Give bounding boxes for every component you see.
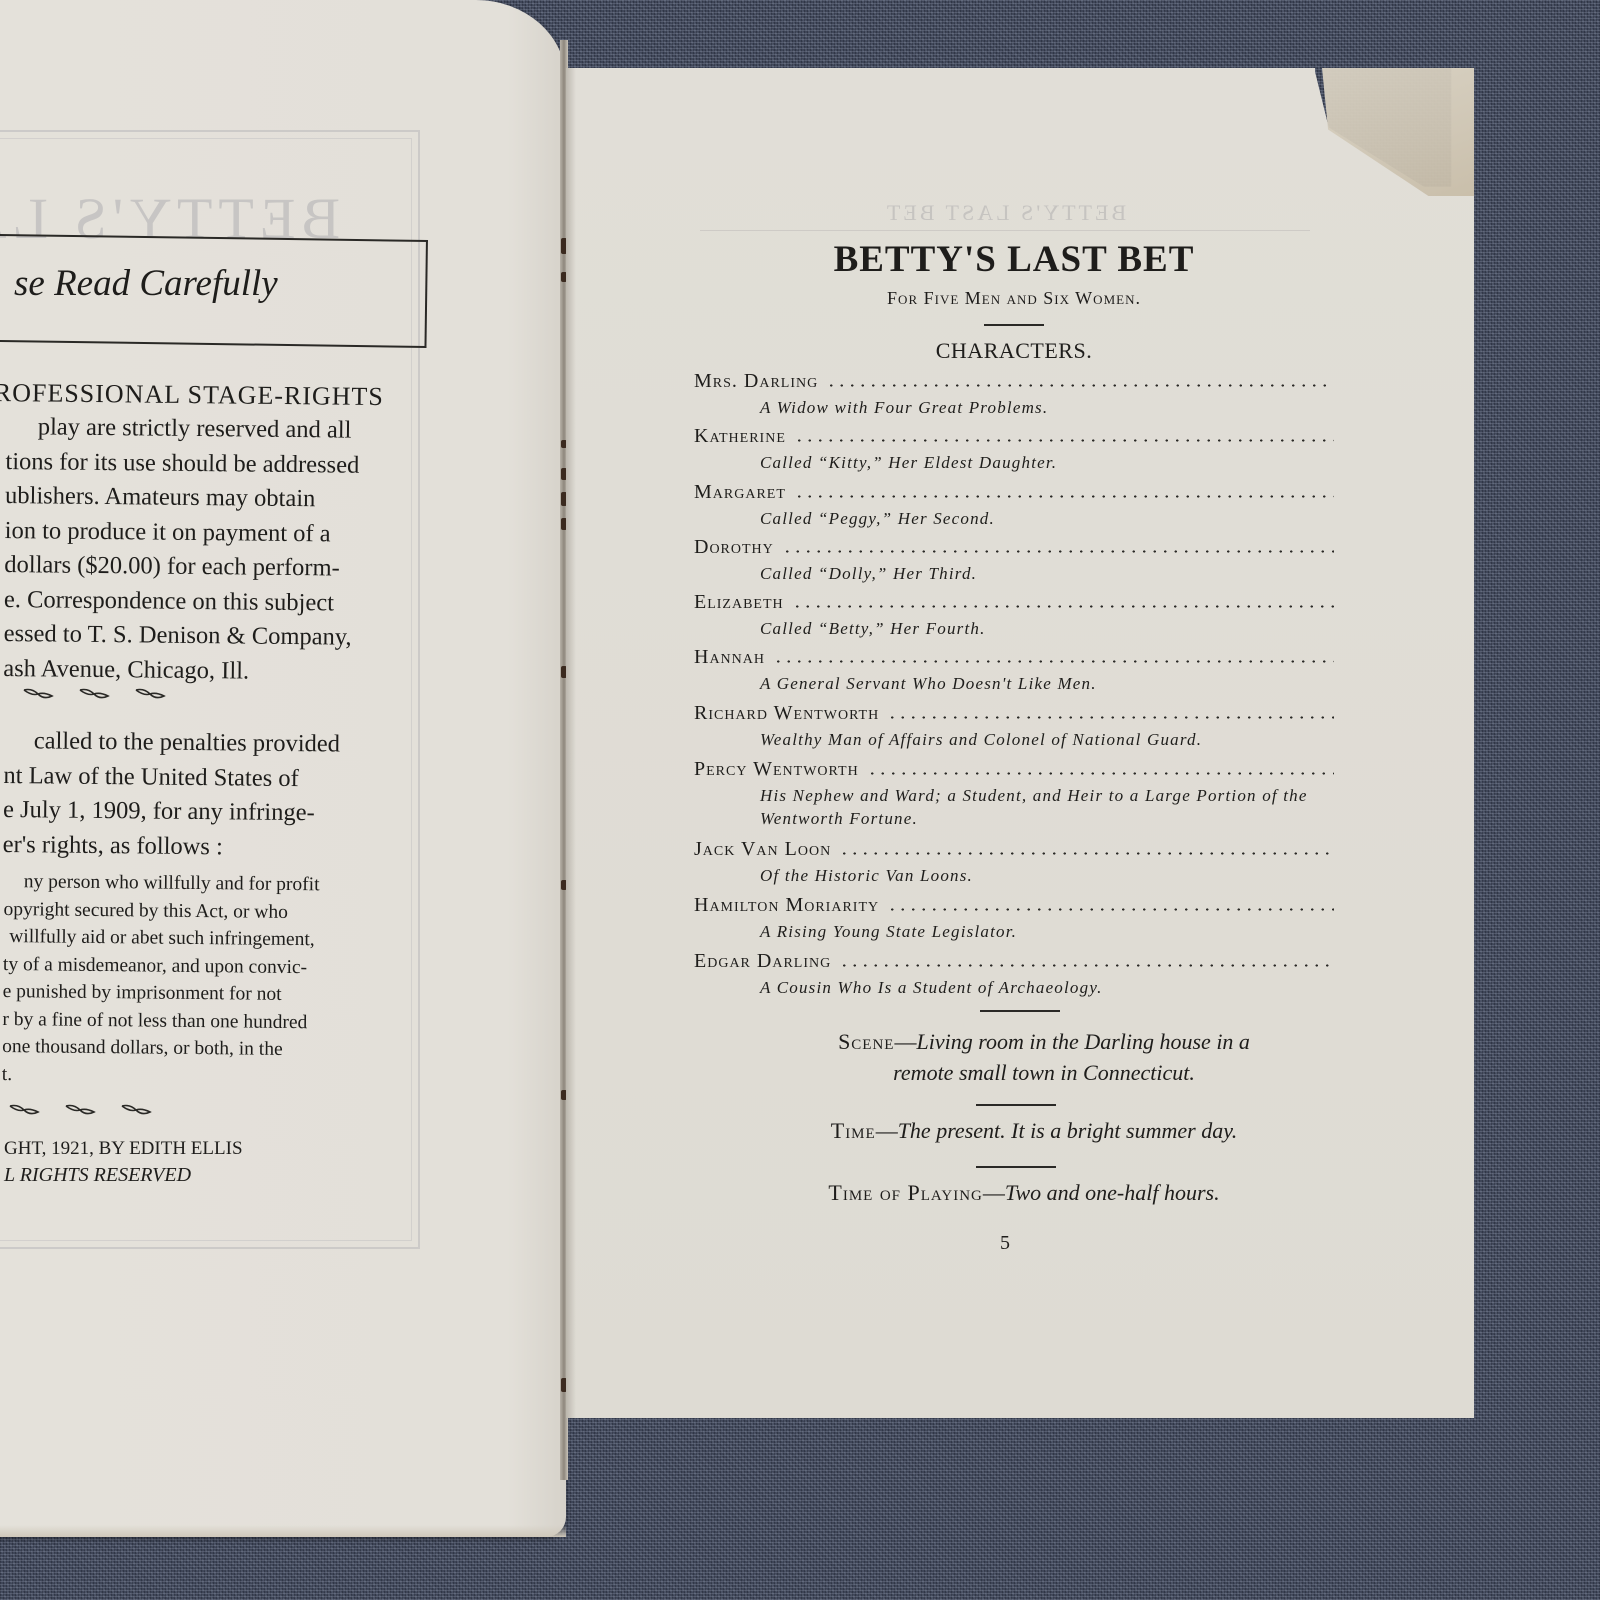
leaf-swash-ornament-icon	[134, 676, 164, 690]
character-name: Richard Wentworth	[694, 702, 879, 725]
character-name: Hamilton Moriarity	[694, 894, 879, 917]
character-description: Called “Dolly,” Her Third.	[694, 562, 1334, 585]
text-line: e. Correspondence on this subject	[4, 582, 414, 621]
dot-leader	[839, 964, 1334, 967]
character-description: A Rising Young State Legislator.	[694, 920, 1334, 943]
dot-leader	[792, 605, 1334, 608]
text-line: ublishers. Amateurs may obtain	[5, 479, 415, 518]
playing-time-label: Time of Playing	[828, 1180, 982, 1205]
character-entry: Percy Wentworth His Nephew and Ward; a S…	[694, 758, 1334, 830]
character-name: Margaret	[694, 481, 786, 504]
text-line: t.	[2, 1060, 398, 1092]
page-number: 5	[1000, 1232, 1010, 1255]
rights-reserved-notice: L RIGHTS RESERVED	[4, 1164, 191, 1187]
leaf-swash-ornament-icon	[64, 1092, 94, 1106]
character-name: Dorothy	[694, 536, 774, 559]
character-entry: Richard Wentworth Wealthy Man of Affairs…	[694, 702, 1334, 751]
gutter-shadow	[566, 68, 576, 1418]
text-line: ion to produce it on payment of a	[5, 513, 415, 552]
character-name: Percy Wentworth	[694, 758, 859, 781]
copyright-notice: GHT, 1921, BY EDITH ELLIS	[4, 1138, 243, 1160]
text-line: called to the penalties provided	[4, 724, 408, 763]
character-entry: Elizabeth Called “Betty,” Her Fourth.	[694, 591, 1334, 640]
time-description: Time—The present. It is a bright summer …	[694, 1118, 1354, 1144]
play-title: BETTY'S LAST BET	[694, 238, 1334, 281]
dot-leader	[839, 852, 1334, 855]
dot-leader	[887, 716, 1334, 719]
divider-rule	[976, 1166, 1056, 1168]
leaf-swash-ornament-icon	[8, 1092, 38, 1106]
dot-leader	[826, 384, 1334, 387]
scene-text: Living room in the Darling house in a	[916, 1029, 1249, 1054]
character-description: Called “Peggy,” Her Second.	[694, 507, 1334, 530]
dot-leader	[782, 550, 1334, 553]
dot-leader	[773, 660, 1334, 663]
playing-time-description: Time of Playing—Two and one-half hours.	[694, 1180, 1344, 1206]
character-description: Called “Betty,” Her Fourth.	[694, 617, 1334, 640]
character-description: His Nephew and Ward; a Student, and Heir…	[694, 784, 1334, 830]
scene-text-continued: remote small town in Connecticut.	[724, 1057, 1364, 1088]
text-line: essed to T. S. Denison & Company,	[3, 617, 413, 656]
character-entry: Dorothy Called “Dolly,” Her Third.	[694, 536, 1334, 585]
stage-rights-heading: ROFESSIONAL STAGE-RIGHTS	[0, 378, 459, 413]
text-line: ny person who willfully and for profit	[4, 868, 400, 900]
character-name: Edgar Darling	[694, 950, 831, 973]
ornament-divider-top	[22, 676, 164, 690]
ornament-divider-bottom	[8, 1092, 150, 1106]
text-line: tions for its use should be addressed	[5, 444, 415, 483]
dot-leader	[794, 495, 1334, 498]
character-description: Called “Kitty,” Her Eldest Daughter.	[694, 451, 1334, 474]
divider-rule	[976, 1104, 1056, 1106]
text-line: nt Law of the United States of	[3, 758, 407, 797]
text-line: opyright secured by this Act, or who	[3, 895, 399, 927]
text-line: one thousand dollars, or both, in the	[2, 1033, 398, 1065]
character-name: Jack Van Loon	[694, 838, 831, 861]
text-line: e punished by imprisonment for not	[3, 978, 399, 1010]
character-description: A General Servant Who Doesn't Like Men.	[694, 672, 1334, 695]
character-entry: Katherine Called “Kitty,” Her Eldest Dau…	[694, 425, 1334, 474]
time-text: The present. It is a bright summer day.	[898, 1118, 1238, 1143]
character-name: Mrs. Darling	[694, 370, 818, 393]
character-description: A Cousin Who Is a Student of Archaeology…	[694, 976, 1334, 999]
character-description: A Widow with Four Great Problems.	[694, 396, 1334, 419]
character-entry: Mrs. Darling A Widow with Four Great Pro…	[694, 370, 1334, 419]
text-line: ty of a misdemeanor, and upon convic-	[3, 950, 399, 982]
divider-rule	[984, 324, 1044, 326]
character-description: Of the Historic Van Loons.	[694, 864, 1334, 887]
character-name: Katherine	[694, 425, 786, 448]
leaf-swash-ornament-icon	[120, 1092, 150, 1106]
character-description: Wealthy Man of Affairs and Colonel of Na…	[694, 728, 1334, 751]
scene-description: Scene—Living room in the Darling house i…	[694, 1026, 1364, 1088]
text-line: willfully aid or abet such infringement,	[3, 923, 399, 955]
bleed-through-running-head: BETTY'S LAST BET	[700, 200, 1310, 231]
scene-label: Scene	[838, 1029, 894, 1054]
copyright-law-paragraph: called to the penalties provided nt Law …	[3, 724, 408, 866]
text-line: er's rights, as follows :	[3, 827, 407, 866]
text-line: dollars ($20.00) for each perform-	[4, 548, 414, 587]
penalty-quote-paragraph: ny person who willfully and for profit o…	[2, 868, 400, 1092]
character-entry: Edgar Darling A Cousin Who Is a Student …	[694, 950, 1334, 999]
leaf-swash-ornament-icon	[22, 676, 52, 690]
stage-rights-paragraph: play are strictly reserved and all tions…	[3, 410, 416, 690]
text-line: play are strictly reserved and all	[6, 410, 416, 449]
text-line: r by a fine of not less than one hundred	[2, 1005, 398, 1037]
dot-leader	[867, 772, 1334, 775]
notice-heading: se Read Carefully	[14, 262, 278, 305]
dot-leader	[887, 908, 1334, 911]
character-entry: Margaret Called “Peggy,” Her Second.	[694, 481, 1334, 530]
divider-rule	[980, 1010, 1060, 1012]
character-entry: Jack Van Loon Of the Historic Van Loons.	[694, 838, 1334, 887]
character-name: Elizabeth	[694, 591, 784, 614]
dot-leader	[794, 439, 1334, 442]
text-line: e July 1, 1909, for any infringe-	[3, 793, 407, 832]
time-label: Time	[831, 1118, 876, 1143]
play-subtitle: For Five Men and Six Women.	[694, 288, 1334, 309]
characters-heading: CHARACTERS.	[694, 338, 1334, 364]
character-entry: Hamilton Moriarity A Rising Young State …	[694, 894, 1334, 943]
character-entry: Hannah A General Servant Who Doesn't Lik…	[694, 646, 1334, 695]
playing-time-text: Two and one-half hours.	[1005, 1180, 1220, 1205]
character-name: Hannah	[694, 646, 765, 669]
leaf-swash-ornament-icon	[78, 676, 108, 690]
